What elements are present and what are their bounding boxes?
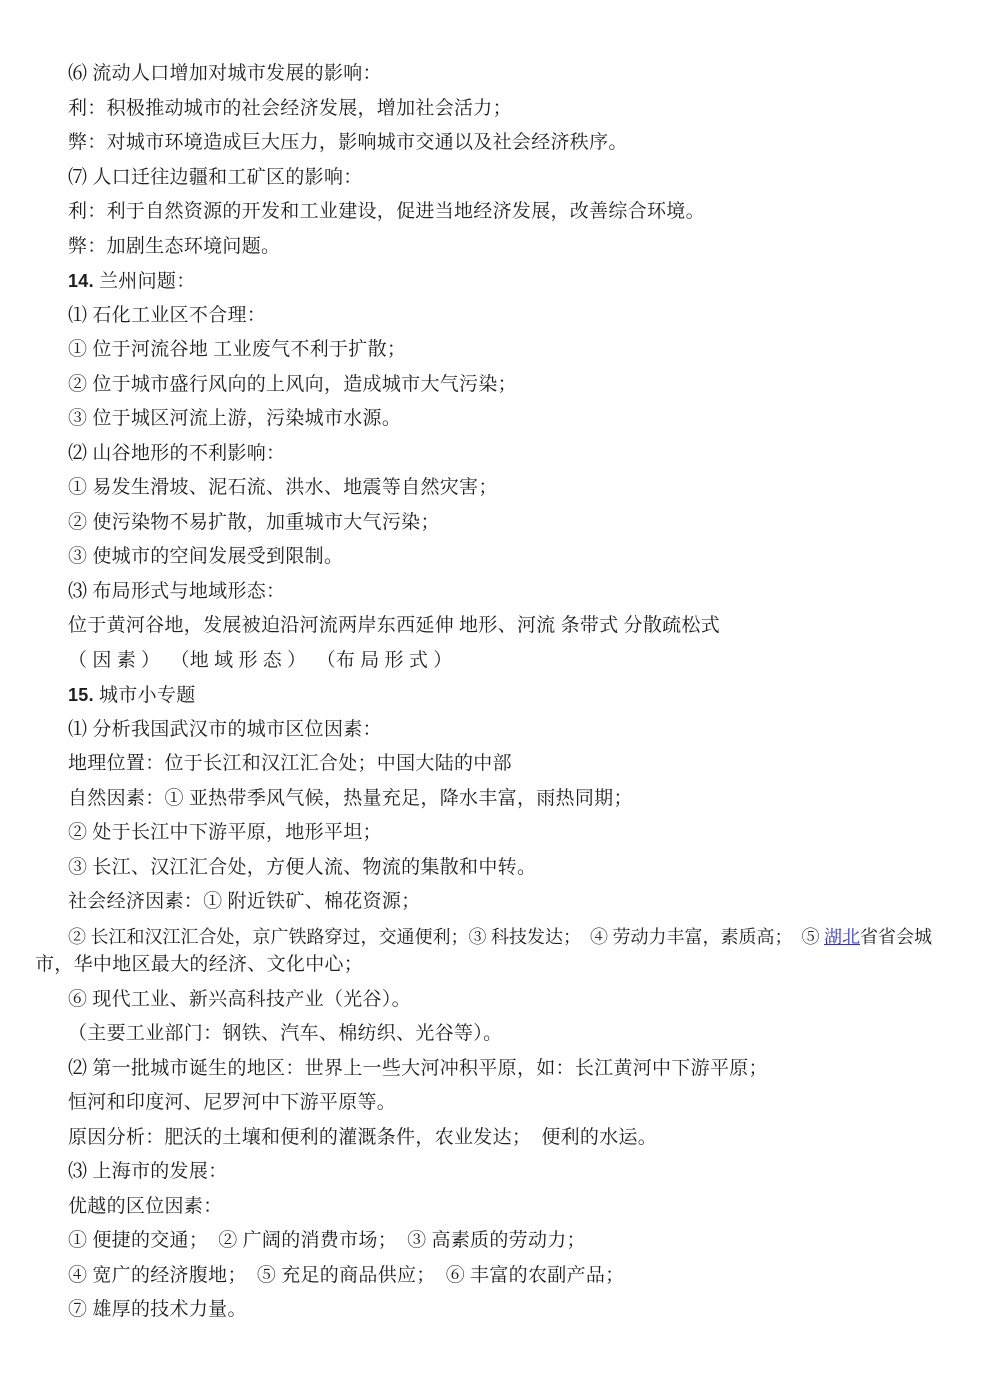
text-segment: ① 便捷的交通； ② 广阔的消费市场； ③ 高素质的劳动力； (68, 1230, 586, 1251)
list-number: 14. (68, 271, 94, 291)
text-segment: ⑺ 人口迁往边疆和工矿区的影响： (68, 167, 363, 188)
text-segment: ⑶ 布局形式与地域形态： (68, 581, 285, 602)
s14-sub2-point1: ① 易发生滑坡、泥石流、洪水、地震等自然灾害； (0, 471, 987, 506)
text-segment: ⑦ 雄厚的技术力量。 (68, 1299, 247, 1320)
text-segment: 弊：加剧生态环境问题。 (68, 236, 280, 257)
text-segment: ① 易发生滑坡、泥石流、洪水、地震等自然灾害； (68, 477, 498, 498)
text-segment: 利：利于自然资源的开发和工业建设，促进当地经济发展，改善综合环境。 (68, 201, 705, 222)
text-segment: ③ 位于城区河流上游，污染城市水源。 (68, 408, 401, 429)
text-segment: 市，华中地区最大的经济、文化中心； (35, 954, 363, 975)
s15-sub1-natural3: ③ 长江、汉江汇合处，方便人流、物流的集散和中转。 (0, 851, 987, 886)
s15-sub1-natural1: 自然因素：① 亚热带季风气候，热量充足，降水丰富，雨热同期； (0, 782, 987, 817)
document-page: ⑹ 流动人口增加对城市发展的影响：利：积极推动城市的社会经济发展，增加社会活力；… (0, 0, 987, 1398)
text-segment: ② 长江和汉江汇合处，京广铁路穿过，交通便利；③ 科技发达； ④ 劳动力丰富，素… (68, 927, 824, 947)
s15-sub2-heading: ⑵ 第一批城市诞生的地区：世界上一些大河冲积平原，如：长江黄河中下游平原； (0, 1052, 987, 1087)
s15-sub2-cont: 恒河和印度河、尼罗河中下游平原等。 (0, 1086, 987, 1121)
section-heading-15: 15. 城市小专题 (0, 678, 987, 713)
text-segment: ⑶ 上海市的发展： (68, 1161, 227, 1182)
s14-sub1-point1: ① 位于河流谷地 工业废气不利于扩散； (0, 333, 987, 368)
s14-sub3-body: 位于黄河谷地，发展被迫沿河流两岸东西延伸 地形、河流 条带式 分散疏松式 (0, 609, 987, 644)
s14-sub1-point2: ② 位于城市盛行风向的上风向，造成城市大气污染； (0, 368, 987, 403)
text-segment: 原因分析：肥沃的土壤和便利的灌溉条件，农业发达； 便利的水运。 (68, 1127, 657, 1148)
s15-sub1-industries: （主要工业部门：钢铁、汽车、棉纺织、光谷等）。 (0, 1017, 987, 1052)
s15-sub3-points-1-3: ① 便捷的交通； ② 广阔的消费市场； ③ 高素质的劳动力； (0, 1224, 987, 1259)
text-segment: 兰州问题： (94, 271, 196, 292)
s15-sub3-points-4-6: ④ 宽广的经济腹地； ⑤ 充足的商品供应； ⑥ 丰富的农副产品； (0, 1259, 987, 1294)
hubei-link[interactable]: 湖北 (824, 927, 860, 947)
text-segment: ⑵ 第一批城市诞生的地区：世界上一些大河冲积平原，如：长江黄河中下游平原； (68, 1058, 768, 1079)
s14-sub3-heading: ⑶ 布局形式与地域形态： (0, 575, 987, 610)
text-segment: ① 位于河流谷地 工业废气不利于扩散； (68, 339, 406, 360)
text-segment: ⑵ 山谷地形的不利影响： (68, 443, 285, 464)
text-segment: ⑴ 分析我国武汉市的城市区位因素： (68, 719, 382, 740)
text-segment: 自然因素：① 亚热带季风气候，热量充足，降水丰富，雨热同期； (68, 788, 633, 809)
s15-sub3-intro: 优越的区位因素： (0, 1190, 987, 1225)
s15-sub3-point-7: ⑦ 雄厚的技术力量。 (0, 1293, 987, 1328)
text-segment: 位于黄河谷地，发展被迫沿河流两岸东西延伸 地形、河流 条带式 分散疏松式 (68, 615, 720, 636)
s14-sub1-heading: ⑴ 石化工业区不合理： (0, 299, 987, 334)
s14-sub2-point3: ③ 使城市的空间发展受到限制。 (0, 540, 987, 575)
text-segment: ② 处于长江中下游平原，地形平坦； (68, 822, 382, 843)
text-segment: ④ 宽广的经济腹地； ⑤ 充足的商品供应； ⑥ 丰富的农副产品； (68, 1265, 624, 1286)
s15-sub1-heading: ⑴ 分析我国武汉市的城市区位因素： (0, 713, 987, 748)
text-segment: ② 使污染物不易扩散，加重城市大气污染； (68, 512, 440, 533)
s15-sub1-location: 地理位置：位于长江和汉江汇合处；中国大陆的中部 (0, 747, 987, 782)
text-segment: ② 位于城市盛行风向的上风向，造成城市大气污染； (68, 374, 517, 395)
s15-sub1-natural2: ② 处于长江中下游平原，地形平坦； (0, 816, 987, 851)
s14-sub1-point3: ③ 位于城区河流上游，污染城市水源。 (0, 402, 987, 437)
s15-sub1-socio3: ⑥ 现代工业、新兴高科技产业（光谷）。 (0, 983, 987, 1018)
item-6-drawback: 弊：对城市环境造成巨大压力，影响城市交通以及社会经济秩序。 (0, 126, 987, 161)
s14-sub2-point2: ② 使污染物不易扩散，加重城市大气污染； (0, 506, 987, 541)
text-segment: ③ 长江、汉江汇合处，方便人流、物流的集散和中转。 (68, 857, 536, 878)
s15-sub3-heading: ⑶ 上海市的发展： (0, 1155, 987, 1190)
item-6-heading: ⑹ 流动人口增加对城市发展的影响： (0, 57, 987, 92)
text-segment: （主要工业部门：钢铁、汽车、棉纺织、光谷等）。 (68, 1023, 502, 1044)
item-7-benefit: 利：利于自然资源的开发和工业建设，促进当地经济发展，改善综合环境。 (0, 195, 987, 230)
s14-sub2-heading: ⑵ 山谷地形的不利影响： (0, 437, 987, 472)
text-segment: 弊：对城市环境造成巨大压力，影响城市交通以及社会经济秩序。 (68, 132, 628, 153)
item-7-heading: ⑺ 人口迁往边疆和工矿区的影响： (0, 161, 987, 196)
text-segment: 社会经济因素：① 附近铁矿、棉花资源； (68, 891, 420, 912)
text-segment: 优越的区位因素： (68, 1196, 222, 1217)
s15-sub2-analysis: 原因分析：肥沃的土壤和便利的灌溉条件，农业发达； 便利的水运。 (0, 1121, 987, 1156)
text-segment: ③ 使城市的空间发展受到限制。 (68, 546, 343, 567)
text-segment: 恒河和印度河、尼罗河中下游平原等。 (68, 1092, 396, 1113)
s14-sub3-labels: （ 因 素 ） （地 域 形 态 ） （布 局 形 式 ） (0, 644, 987, 679)
text-segment: （ 因 素 ） （地 域 形 态 ） （布 局 形 式 ） (68, 650, 453, 671)
text-segment: ⑥ 现代工业、新兴高科技产业（光谷）。 (68, 989, 411, 1010)
text-segment: ⑴ 石化工业区不合理： (68, 305, 266, 326)
text-segment: ⑹ 流动人口增加对城市发展的影响： (68, 63, 382, 84)
text-segment: 利：积极推动城市的社会经济发展，增加社会活力； (68, 98, 512, 119)
section-heading-14: 14. 兰州问题： (0, 264, 987, 299)
text-segment: 地理位置：位于长江和汉江汇合处；中国大陆的中部 (68, 753, 512, 774)
item-6-benefit: 利：积极推动城市的社会经济发展，增加社会活力； (0, 92, 987, 127)
text-segment: 省省会城 (860, 927, 932, 947)
s15-sub1-socio1: 社会经济因素：① 附近铁矿、棉花资源； (0, 885, 987, 920)
list-number: 15. (68, 685, 94, 705)
text-segment: 城市小专题 (94, 685, 196, 706)
item-7-drawback: 弊：加剧生态环境问题。 (0, 230, 987, 265)
